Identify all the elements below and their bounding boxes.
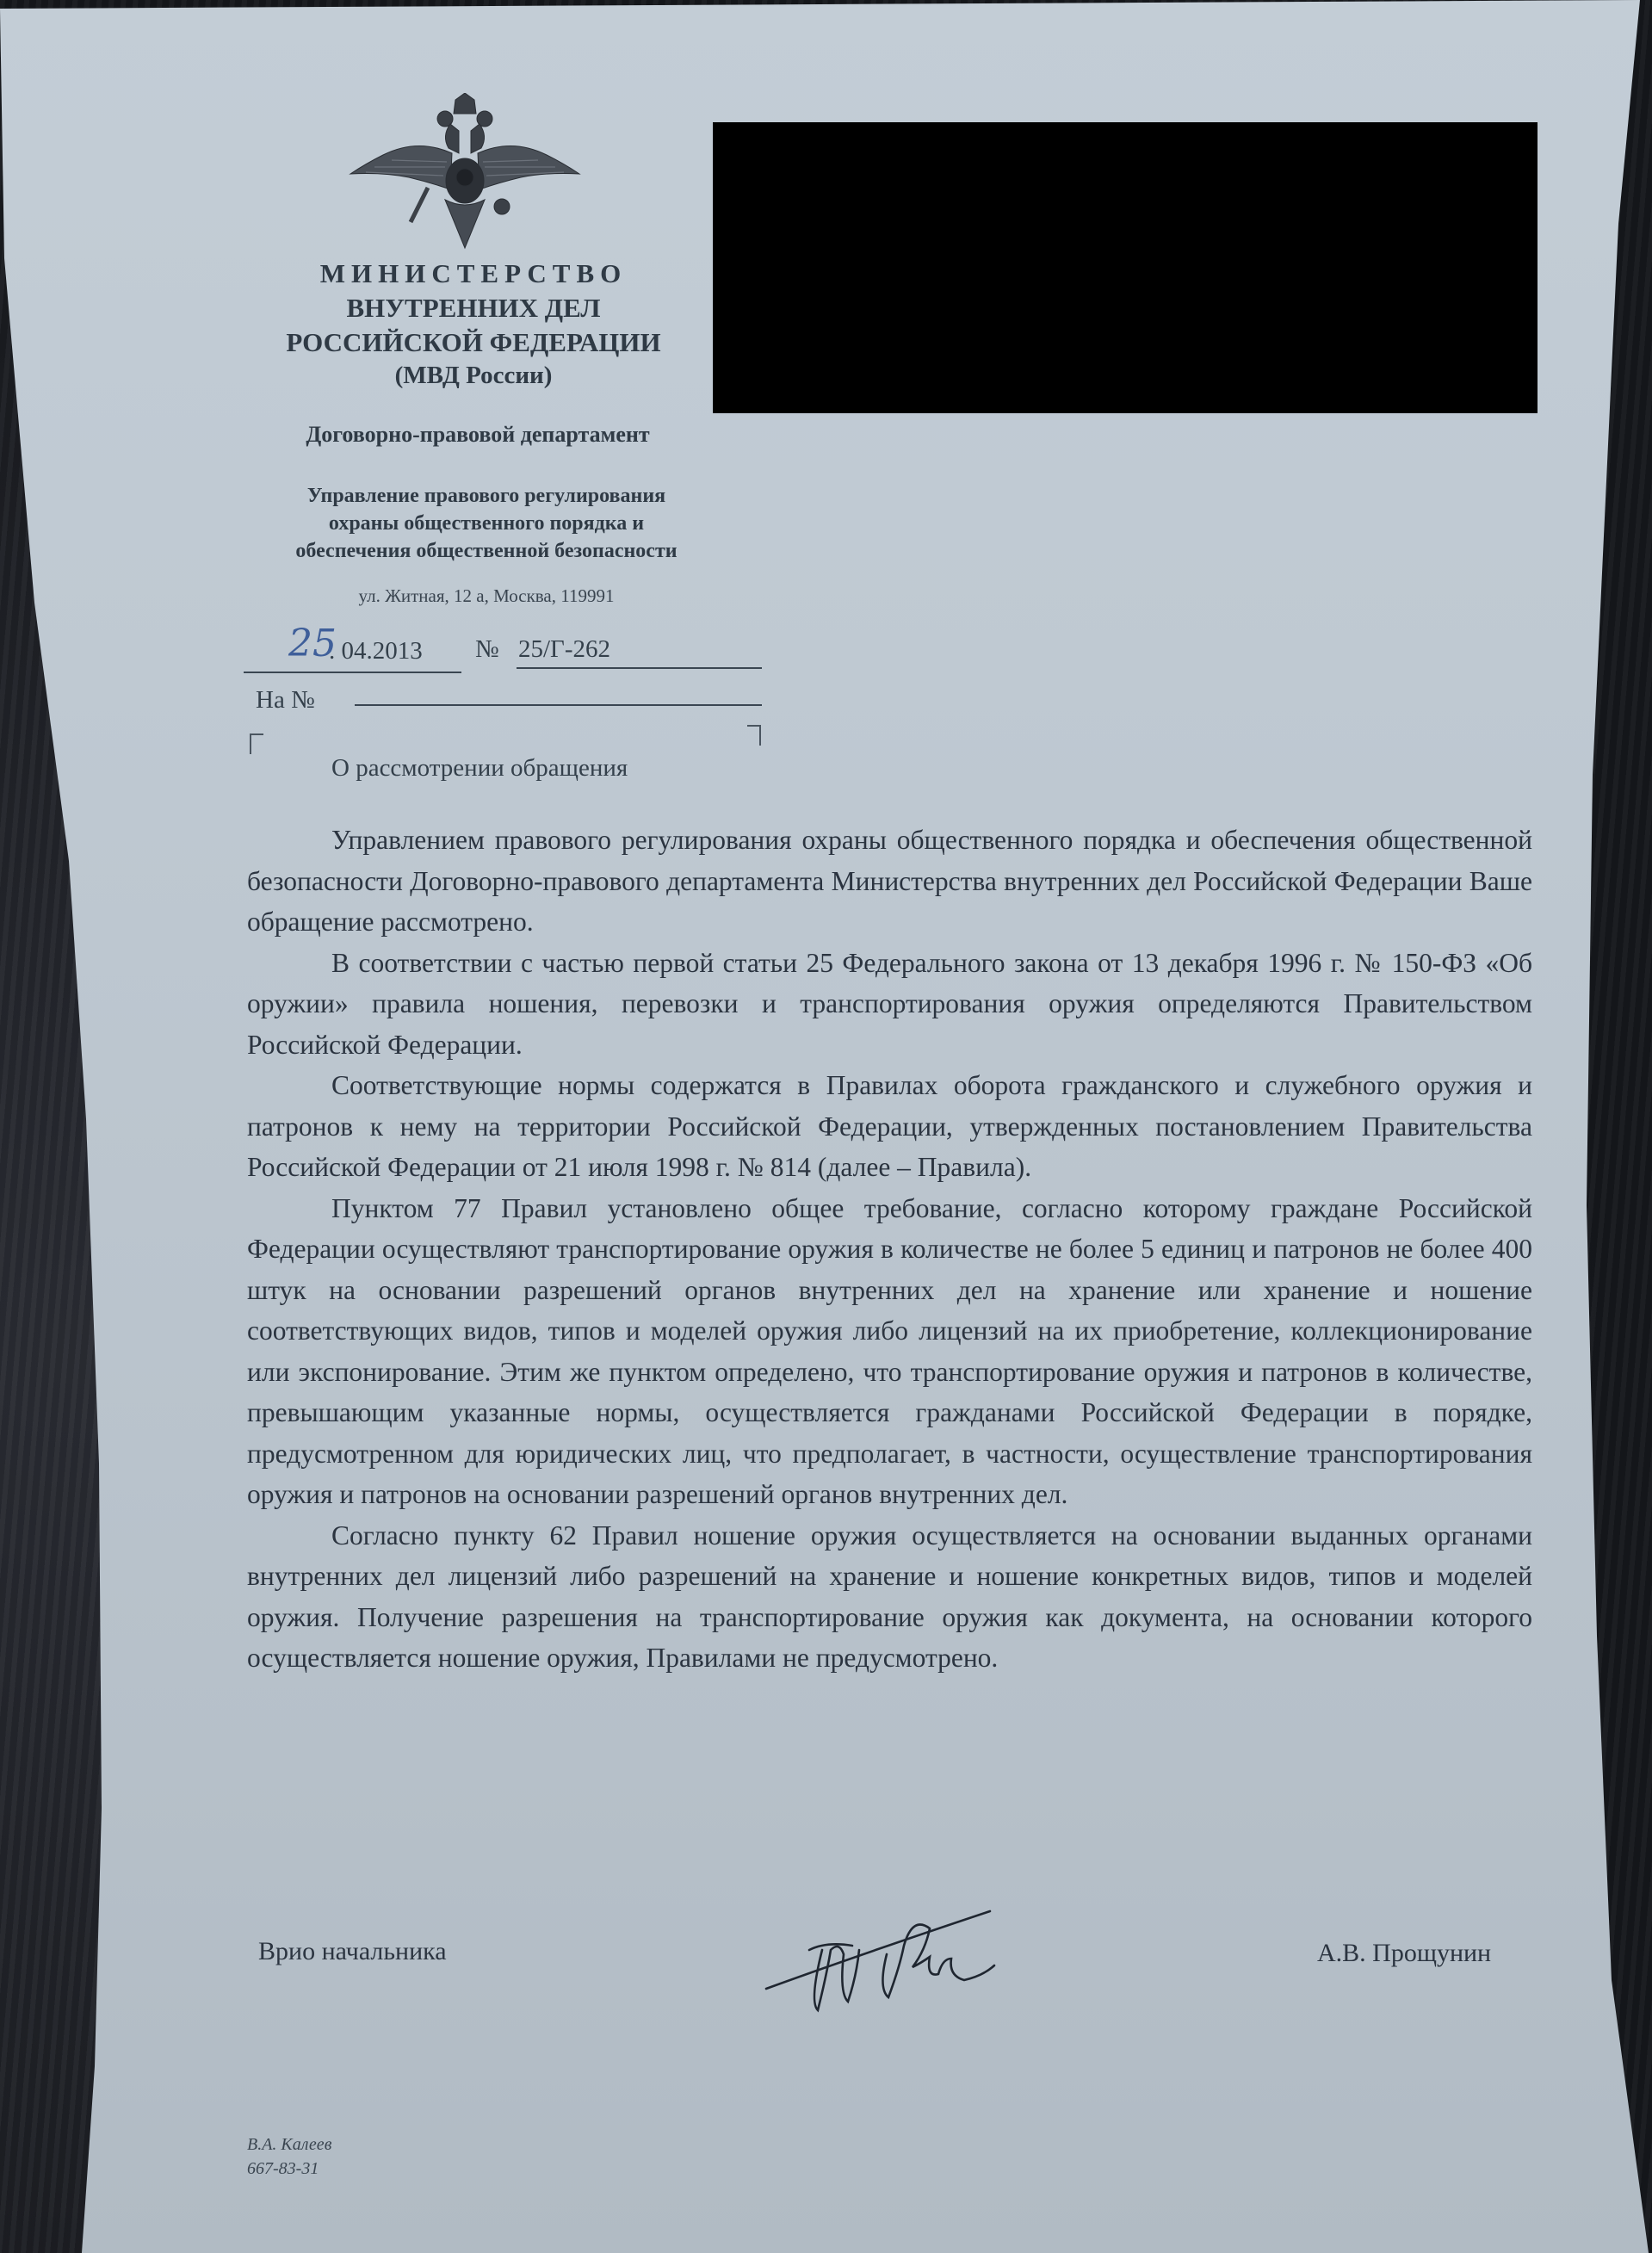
double-headed-eagle-icon bbox=[349, 93, 581, 257]
executor-name: В.А. Калеев bbox=[247, 2135, 331, 2155]
ministry-abbreviation: (МВД России) bbox=[258, 362, 689, 390]
signatory-name: А.В. Прощунин bbox=[1317, 1939, 1491, 1968]
number-label: № bbox=[475, 635, 499, 664]
body-paragraph: В соответствии с частью первой статьи 25… bbox=[247, 943, 1532, 1066]
letter-body: Управлением правового регулирования охра… bbox=[247, 820, 1532, 1679]
address: ул. Житная, 12 а, Москва, 119991 bbox=[232, 585, 740, 607]
ministry-name-line-3: РОССИЙСКОЙ ФЕДЕРАЦИИ bbox=[258, 327, 689, 358]
subdepartment-line-3: обеспечения общественной безопасности bbox=[232, 540, 740, 563]
redacted-recipient-block bbox=[713, 122, 1538, 413]
body-paragraph: Соответствующие нормы содержатся в Прави… bbox=[247, 1065, 1532, 1188]
body-paragraph: Пунктом 77 Правил установлено общее треб… bbox=[247, 1188, 1532, 1515]
executor-phone: 667-83-31 bbox=[247, 2159, 319, 2179]
subdepartment-line-2: охраны общественного порядка и bbox=[232, 512, 740, 535]
body-paragraph: Управлением правового регулирования охра… bbox=[247, 820, 1532, 943]
address-bracket-right bbox=[747, 725, 761, 746]
letter-date: . 04.2013 bbox=[329, 637, 423, 665]
reply-to-underline bbox=[355, 704, 762, 706]
reply-to-label: На № bbox=[256, 686, 315, 715]
number-underline bbox=[517, 667, 762, 669]
handwritten-signature-icon bbox=[758, 1907, 1067, 2019]
letter-subject: О рассмотрении обращения bbox=[331, 754, 628, 783]
ministry-name-line-1: МИНИСТЕРСТВО bbox=[258, 258, 689, 289]
address-bracket-left bbox=[250, 733, 263, 754]
body-paragraph: Согласно пункту 62 Правил ношение оружия… bbox=[247, 1515, 1532, 1679]
date-underline bbox=[244, 672, 461, 673]
letter-number: 25/Г-262 bbox=[518, 635, 610, 664]
signatory-position: Врио начальника bbox=[258, 1937, 447, 1966]
subdepartment-line-1: Управление правового регулирования bbox=[232, 485, 740, 508]
department-name: Договорно-правовой департамент bbox=[232, 422, 723, 448]
ministry-name-line-2: ВНУТРЕННИХ ДЕЛ bbox=[258, 293, 689, 324]
